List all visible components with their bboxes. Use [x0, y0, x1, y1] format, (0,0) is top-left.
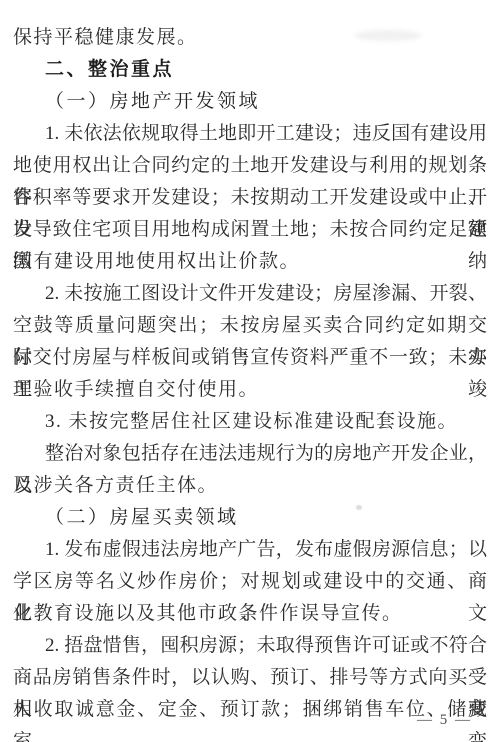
doc-line: 1. 发布虚假违法房地产广告，发布虚假房源信息；以: [13, 534, 487, 566]
doc-line: 学区房等名义炒作房价；对规划或建设中的交通、商业、文: [13, 566, 487, 598]
doc-line: 地使用权出让合同约定的土地开发建设与利用的规划条件、: [13, 150, 487, 182]
doc-line: 1. 未依法依规取得土地即开工建设；违反国有建设用: [13, 118, 487, 150]
doc-line: 相收取诚意金、定金、预订款；捆绑销售车位、储藏室，变: [13, 694, 487, 726]
doc-line: 2. 未按施工图设计文件开发建设；房屋渗漏、开裂、: [13, 278, 487, 310]
doc-line: 2. 捂盘惜售，囤积房源；未取得预售许可证或不符合: [13, 630, 487, 662]
scan-speck: [228, 508, 233, 513]
doc-line: 3. 未按完整居住社区建设标准建设配套设施。: [13, 406, 487, 438]
doc-line: 容积率等要求开发建设；未按期动工开发建设或中止开发建: [13, 182, 487, 214]
scan-smudge: [355, 30, 421, 41]
doc-line: 空鼓等质量问题突出；未按房屋买卖合同约定如期交付；实: [13, 310, 487, 342]
scan-speck: [356, 505, 362, 510]
doc-line: 设导致住宅项目用地构成闲置土地；未按合同约定足额缴纳: [13, 214, 487, 246]
section-heading: 二、整治重点: [13, 54, 487, 86]
doc-line: 商品房销售条件时，以认购、预订、排号等方式向买受人变: [13, 662, 487, 694]
document-page: 保持平稳健康发展。 二、整治重点 （一）房地产开发领域 1. 未依法依规取得土地…: [0, 0, 500, 742]
page-number: — 5 —: [417, 712, 472, 729]
subsection-heading-1: （一）房地产开发领域: [13, 86, 487, 118]
doc-line: 整治对象包括存在违法违规行为的房地产开发企业，以: [13, 438, 487, 470]
subsection-heading-2: （二）房屋买卖领域: [13, 502, 487, 534]
doc-line: 及涉关各方责任主体。: [13, 470, 487, 502]
doc-line: 际交付房屋与样板间或销售宣传资料严重不一致；未办理竣: [13, 342, 487, 374]
